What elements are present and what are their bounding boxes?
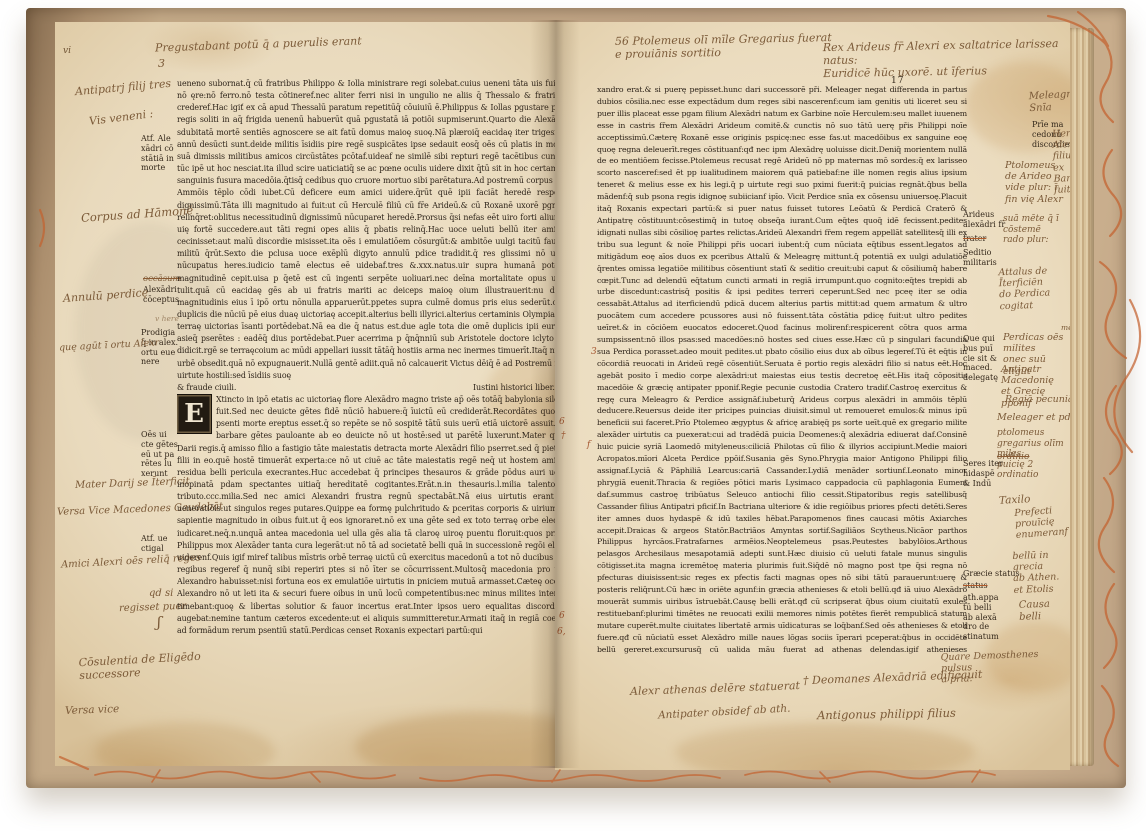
top-margin-annotation: Pregustabant potū q̄ a puerulis erant [155,33,415,55]
printed-sidenote-constancy: Atf. Ale xādri cō stātiā in morte [141,134,174,173]
margin-note-vis-veneni: Vis veneni : [88,108,154,129]
margin-note-taxiles: Taxilo [999,493,1031,507]
margin-note-attalus-plot: Attalus de Īterficiēn do Perdica cogitat [998,265,1070,312]
printed-sidenote-struck-status: status [963,581,988,591]
water-stain [675,722,975,770]
printed-sidenote-greece-status: Græcie status [963,569,1020,579]
margin-note-tiny: v here [155,315,179,324]
margin-note-antipater-sons: Antipatrj filij tres [75,78,172,99]
body-paragraph-book13-start: EXtincto in ipō etatis ac uictoriaę flor… [177,394,569,637]
printed-sidenote-vectigal: Atf. ue ctigal [141,534,168,554]
bottom-annotation-athens-destroy: Alexr athenas delēre statuerat [630,680,800,699]
printed-sidenote-arrhidaeus: Arideus alexādri fr̄ [963,210,1005,230]
body-paragraph-book12-end: ueneno subornat.q̄ cū fratribus Philippo… [177,78,569,382]
margin-bracket-mark: ʃ [157,614,161,632]
margin-note-war-in-greece: bellū in grecia ab Athen. et Etolis [1012,549,1070,596]
photo-of-open-book: { "colors": { "page_parchment": "#ead9bb… [0,0,1146,836]
printed-sidenote-seres-rivers: Seres iter hidaspē & Indū [963,459,1003,488]
woodcut-initial-E: E [177,395,211,433]
top-annotation-ptolemy: 56 Ptolemeus olī mīle Gregarius fuerat e… [615,32,832,62]
left-page-text-block: ueneno subornat.q̄ cū fratribus Philippo… [177,78,569,656]
gutter-mark: f [587,441,590,450]
gutter-mark: 6 [559,418,565,427]
printed-sidenote-conception: Alexādri cōceptus [143,285,179,305]
page-edge-stack [1068,28,1094,766]
margin-note-royal-treasury: Regiā pecuniā Crateri psūt [1005,394,1070,405]
paragraph-end-fragment: & fraude ciuili. [177,382,236,394]
margin-note-ring-perdiccas: Annulū perdicę [63,287,149,306]
bottom-annotation-antigonus: Antigonus philippi filius [817,707,956,723]
water-stain [95,722,275,766]
paragraph-text: Xtincto in ipō etatis ac uictoriaę flore… [177,395,569,635]
printed-sidenote-provinces-delegated: Que qui bus puī cie sit & maced. delegat… [963,334,998,383]
top-annotation-arrhidaeus: Rex Arideus fr̄ Alexri ex saltatrice lar… [823,38,1070,81]
printed-sidenote-conquered-mourned: Oēs ui cte gētes eū ut pa rētes lu xerun… [141,430,178,479]
gutter-mark: 6 [559,612,565,621]
margin-note-scribble: suā mēte q̄ ī cōstemē rado plur: [1003,214,1070,246]
margin-note-struck: occāsum [143,274,181,284]
margin-note-causa-belli: Causa belli [1019,598,1070,623]
right-page-text-block: xandro erat.& si puerę pepisset.hunc dar… [597,84,967,658]
printed-sidenote-athenian-war-prep: ath.appa tū belli ab alexā dro de stinat… [963,593,999,642]
folio-mark: vi [63,46,71,56]
quire-mark: 3 [158,58,165,71]
body-paragraph-book13: xandro erat.& si puerę pepisset.hunc dar… [597,84,967,658]
gutter-mark: 3 [591,348,597,357]
water-stain [355,712,573,766]
margin-note-ptolemy-arrhidaeus: Ptolomeus de Arideo vide plur: ī fin vię… [1005,160,1070,205]
left-page: vi Pregustabant potū q̄ a puerulis erant… [55,22,573,766]
gutter-mark: † [561,432,566,441]
right-page: 17 56 Ptolemeus olī mīle Gregarius fuera… [555,22,1070,770]
printed-sidenote-mutiny: Seditio militaris [963,248,997,268]
margin-note-meleager-opinion: Meleagri Snīa [1028,89,1070,115]
gutter-mark: 6, [557,628,566,637]
margin-note-prefects-enumerated: Prefecti prouīcię enumeranf [1014,504,1070,541]
margin-note-meleager-perdiccas: Meleager et pdica q̄re. psūt [997,412,1070,423]
margin-note-qd-si: qd si [149,588,173,600]
bottom-annotation-antipater-besieged: Antipater obsidef ab ath. [658,703,791,722]
book-heading-line: & fraude ciuili. Iustini historici liber… [177,382,569,394]
margin-note-mater-darii: Mater Darij se Īterficit [75,476,190,492]
margin-note-versa-vice: Versa vice [65,703,120,717]
printed-sidenote-struck-frater: frater [963,234,986,244]
